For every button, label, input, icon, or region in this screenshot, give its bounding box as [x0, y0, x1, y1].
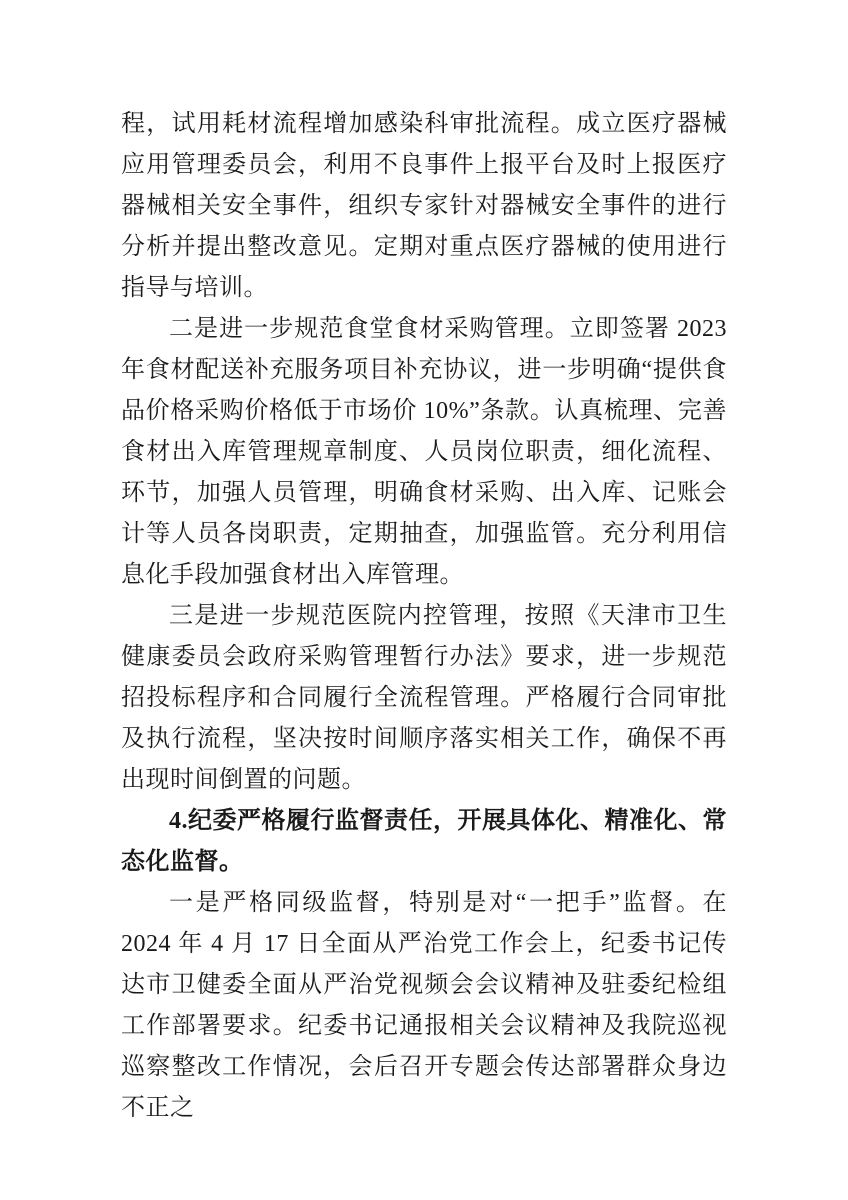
document-body: 程，试用耗材流程增加感染科审批流程。成立医疗器械应用管理委员会，利用不良事件上报…	[121, 104, 727, 1129]
paragraph-medical-device-management: 程，试用耗材流程增加感染科审批流程。成立医疗器械应用管理委员会，利用不良事件上报…	[121, 104, 727, 309]
section-heading-discipline-committee-supervision: 4.纪委严格履行监督责任，开展具体化、精准化、常态化监督。	[121, 801, 727, 883]
paragraph-canteen-food-procurement: 二是进一步规范食堂食材采购管理。立即签署 2023 年食材配送补充服务项目补充协…	[121, 309, 727, 596]
paragraph-same-level-supervision: 一是严格同级监督，特别是对“一把手”监督。在 2024 年 4 月 17 日全面…	[121, 883, 727, 1129]
paragraph-internal-control-management: 三是进一步规范医院内控管理，按照《天津市卫生健康委员会政府采购管理暂行办法》要求…	[121, 596, 727, 801]
document-page: 程，试用耗材流程增加感染科审批流程。成立医疗器械应用管理委员会，利用不良事件上报…	[0, 0, 848, 1200]
